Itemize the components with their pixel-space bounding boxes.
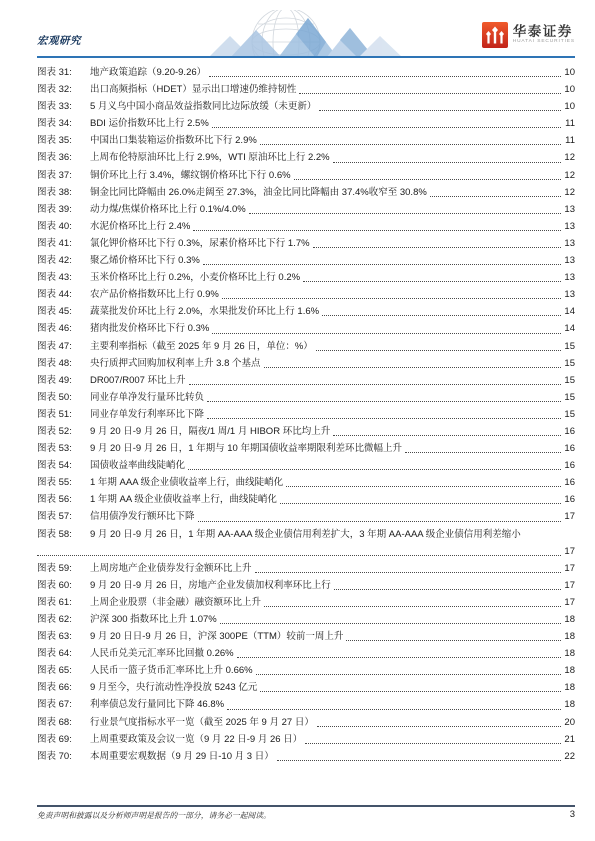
toc-entry[interactable]: 图表 32: 出口高频指标（HDET）显示出口增速仍维持韧性 10 bbox=[37, 81, 575, 98]
toc-entry-title: 上周布伦特原油环比上行 2.9%，WTI 原油环比上行 2.2% bbox=[90, 149, 333, 166]
toc-entry[interactable]: 图表 40: 水泥价格环比上行 2.4% 13 bbox=[37, 218, 575, 235]
toc-entry[interactable]: 图表 45: 蔬菜批发价环比上行 2.0%，水果批发价环比上行 1.6% 14 bbox=[37, 303, 575, 320]
toc-entry-label: 图表 52: bbox=[37, 423, 90, 440]
toc-entry[interactable]: 图表 62: 沪深 300 指数环比上升 1.07% 18 bbox=[37, 611, 575, 628]
toc-entry-label: 图表 42: bbox=[37, 252, 90, 269]
toc-entry-label: 图表 67: bbox=[37, 696, 90, 713]
toc-entry[interactable]: 图表 53: 9 月 20 日-9 月 26 日，1 年期与 10 年期国债收益… bbox=[37, 440, 575, 457]
toc-entry-page-number: 13 bbox=[563, 235, 575, 252]
toc-entry-label: 图表 38: bbox=[37, 184, 90, 201]
toc-entry-page-number: 18 bbox=[563, 645, 575, 662]
brand-subtitle: HUATAI SECURITIES bbox=[513, 40, 575, 45]
toc-entry-title: 上周房地产企业债券发行金额环比上升 bbox=[90, 560, 255, 577]
toc-entry-page-number: 17 bbox=[563, 543, 575, 560]
header-divider bbox=[37, 56, 575, 58]
toc-leader-dots bbox=[189, 384, 561, 385]
toc-entry[interactable]: 图表 55: 1 年期 AAA 级企业债收益率上行，曲线陡峭化 16 bbox=[37, 474, 575, 491]
toc-leader-dots bbox=[264, 367, 562, 368]
toc-entry-page-number: 18 bbox=[563, 679, 575, 696]
toc-entry-page-number: 18 bbox=[563, 628, 575, 645]
toc-entry[interactable]: 图表 50: 同业存单净发行量环比转负 15 bbox=[37, 389, 575, 406]
toc-entry-label: 图表 66: bbox=[37, 679, 90, 696]
toc-entry-title: 本周重要宏观数据（9 月 29 日-10 月 3 日） bbox=[90, 748, 277, 765]
toc-entry-title: 同业存单净发行量环比转负 bbox=[90, 389, 207, 406]
toc-leader-dots bbox=[207, 418, 561, 419]
toc-entry[interactable]: 图表 42: 聚乙烯价格环比下行 0.3% 13 bbox=[37, 252, 575, 269]
toc-entry[interactable]: 图表 57: 信用债净发行额环比下降 17 bbox=[37, 508, 575, 525]
toc-entry[interactable]: 图表 34: BDI 运价指数环比上行 2.5% 11 bbox=[37, 115, 575, 132]
toc-entry-page-number: 13 bbox=[563, 252, 575, 269]
toc-entry-title: 中国出口集装箱运价指数环比下行 2.9% bbox=[90, 132, 260, 149]
toc-entry-title: BDI 运价指数环比上行 2.5% bbox=[90, 115, 212, 132]
toc-entry[interactable]: 图表 49: DR007/R007 环比上升 15 bbox=[37, 372, 575, 389]
toc-entry[interactable]: 图表 41: 氯化钾价格环比下行 0.3%，尿素价格环比下行 1.7% 13 bbox=[37, 235, 575, 252]
toc-entry-label: 图表 33: bbox=[37, 98, 90, 115]
toc-entry-page-number: 15 bbox=[563, 389, 575, 406]
toc-entry-title: 人民币一篮子货币汇率环比上升 0.66% bbox=[90, 662, 256, 679]
toc-entry-page-number: 12 bbox=[563, 184, 575, 201]
toc-entry[interactable]: 图表 56: 1 年期 AA 级企业债收益率上行，曲线陡峭化 16 bbox=[37, 491, 575, 508]
toc-entry[interactable]: 图表 44: 农产品价格指数环比上行 0.9% 13 bbox=[37, 286, 575, 303]
toc-entry-title: 1 年期 AAA 级企业债收益率上行，曲线陡峭化 bbox=[90, 474, 286, 491]
toc-entry-label: 图表 51: bbox=[37, 406, 90, 423]
toc-entry-label: 图表 41: bbox=[37, 235, 90, 252]
toc-leader-dots bbox=[303, 281, 561, 282]
toc-entry[interactable]: 图表 66: 9 月至今，央行流动性净投放 5243 亿元 18 bbox=[37, 679, 575, 696]
toc-entry-page-number: 15 bbox=[563, 372, 575, 389]
toc-entry-label: 图表 35: bbox=[37, 132, 90, 149]
toc-entry-title: 9 月 20 日-9 月 26 日，1 年期与 10 年期国债收益率期限利差环比… bbox=[90, 440, 405, 457]
toc-entry-label: 图表 53: bbox=[37, 440, 90, 457]
toc-entry[interactable]: 图表 31: 地产政策追踪（9.20-9.26） 10 bbox=[37, 64, 575, 81]
toc-entry-label: 图表 63: bbox=[37, 628, 90, 645]
toc-entry-label: 图表 37: bbox=[37, 167, 90, 184]
toc-entry-label: 图表 62: bbox=[37, 611, 90, 628]
toc-entry-label: 图表 61: bbox=[37, 594, 90, 611]
toc-entry-title: 9 月 20 日-9 月 26 日，1 年期 AA-AAA 级企业债信用利差扩大… bbox=[90, 526, 575, 543]
toc-leader-dots bbox=[260, 691, 561, 692]
toc-entry-label: 图表 49: bbox=[37, 372, 90, 389]
report-page: 宏观研究 华泰 bbox=[0, 0, 595, 841]
toc-entry-page-number: 17 bbox=[563, 508, 575, 525]
toc-entry[interactable]: 图表 60: 9 月 20 日-9 月 26 日，房地产企业发债加权利率环比上行… bbox=[37, 577, 575, 594]
toc-leader-dots bbox=[203, 264, 561, 265]
toc-entry-label: 图表 31: bbox=[37, 64, 90, 81]
toc-leader-dots bbox=[198, 521, 561, 522]
toc-entry[interactable]: 图表 48: 央行质押式回购加权利率上升 3.8 个基点 15 bbox=[37, 355, 575, 372]
toc-list: 图表 31: 地产政策追踪（9.20-9.26） 10 图表 32: 出口高频指… bbox=[37, 64, 575, 765]
toc-entry-title: 铜价环比上行 3.4%，螺纹钢价格环比下行 0.6% bbox=[90, 167, 294, 184]
toc-entry-page-number: 16 bbox=[563, 491, 575, 508]
toc-entry-page-number: 14 bbox=[563, 320, 575, 337]
toc-entry[interactable]: 图表 51: 同业存单发行利率环比下降 15 bbox=[37, 406, 575, 423]
toc-entry[interactable]: 图表 38: 铜金比同比降幅由 26.0%走阔至 27.3%，油金比同比降幅由 … bbox=[37, 184, 575, 201]
toc-entry-page-number: 13 bbox=[563, 286, 575, 303]
toc-entry[interactable]: 图表 37: 铜价环比上行 3.4%，螺纹钢价格环比下行 0.6% 12 bbox=[37, 167, 575, 184]
toc-entry-label: 图表 58: bbox=[37, 526, 90, 543]
toc-entry-page-number: 17 bbox=[563, 594, 575, 611]
toc-entry-label: 图表 32: bbox=[37, 81, 90, 98]
toc-entry-page-number: 14 bbox=[563, 303, 575, 320]
toc-entry-label: 图表 60: bbox=[37, 577, 90, 594]
toc-leader-dots bbox=[255, 572, 561, 573]
toc-leader-dots bbox=[317, 726, 561, 727]
toc-leader-dots bbox=[405, 452, 561, 453]
toc-entry-title: 主要利率指标（截至 2025 年 9 月 26 日，单位：%） bbox=[90, 338, 316, 355]
toc-entry[interactable]: 图表 46: 猪肉批发价格环比下行 0.3% 14 bbox=[37, 320, 575, 337]
toc-entry-title: 农产品价格指数环比上行 0.9% bbox=[90, 286, 222, 303]
toc-entry-page-number: 17 bbox=[563, 560, 575, 577]
toc-leader-dots bbox=[305, 743, 561, 744]
toc-entry-label: 图表 45: bbox=[37, 303, 90, 320]
toc-entry-title: 上周重要政策及会议一览（9 月 22 日-9 月 26 日） bbox=[90, 731, 305, 748]
toc-entry-title: 地产政策追踪（9.20-9.26） bbox=[90, 64, 209, 81]
toc-leader-dots bbox=[322, 315, 561, 316]
toc-entry-label: 图表 43: bbox=[37, 269, 90, 286]
toc-entry-title: 9 月 20 日-9 月 26 日，房地产企业发债加权利率环比上行 bbox=[90, 577, 334, 594]
toc-entry-page-number: 15 bbox=[563, 406, 575, 423]
toc-entry-label: 图表 56: bbox=[37, 491, 90, 508]
toc-entry-title: 水泥价格环比上行 2.4% bbox=[90, 218, 193, 235]
toc-entry[interactable]: 图表 67: 利率债总发行量同比下降 46.8% 18 bbox=[37, 696, 575, 713]
toc-entry-page-number: 10 bbox=[563, 98, 575, 115]
toc-entry-label: 图表 44: bbox=[37, 286, 90, 303]
toc-entry-title: 氯化钾价格环比下行 0.3%，尿素价格环比下行 1.7% bbox=[90, 235, 313, 252]
toc-entry-title: 1 年期 AA 级企业债收益率上行，曲线陡峭化 bbox=[90, 491, 280, 508]
toc-entry[interactable]: 图表 33: 5 月义乌中国小商品效益指数同比边际放缓（未更新） 10 bbox=[37, 98, 575, 115]
toc-entry[interactable]: 图表 47: 主要利率指标（截至 2025 年 9 月 26 日，单位：%） 1… bbox=[37, 338, 575, 355]
toc-entry-title: 出口高频指标（HDET）显示出口增速仍维持韧性 bbox=[90, 81, 299, 98]
toc-entry-label: 图表 48: bbox=[37, 355, 90, 372]
toc-entry-title: 玉米价格环比上行 0.2%，小麦价格环比上行 0.2% bbox=[90, 269, 303, 286]
toc-leader-dots bbox=[222, 298, 561, 299]
toc-entry[interactable]: 图表 43: 玉米价格环比上行 0.2%，小麦价格环比上行 0.2% 13 bbox=[37, 269, 575, 286]
toc-entry-label: 图表 57: bbox=[37, 508, 90, 525]
toc-entry-label: 图表 40: bbox=[37, 218, 90, 235]
brand-name: 华泰证券 bbox=[513, 25, 575, 39]
toc-leader-dots bbox=[430, 196, 561, 197]
toc-entry-label: 图表 68: bbox=[37, 714, 90, 731]
toc-entry-label: 图表 65: bbox=[37, 662, 90, 679]
toc-entry-label: 图表 70: bbox=[37, 748, 90, 765]
toc-entry-title: 国债收益率曲线陡峭化 bbox=[90, 457, 188, 474]
toc-leader-dots bbox=[207, 401, 561, 402]
toc-leader-dots bbox=[316, 350, 561, 351]
toc-leader-dots bbox=[286, 486, 561, 487]
toc-leader-dots bbox=[280, 503, 561, 504]
toc-entry-page-number: 22 bbox=[563, 748, 575, 765]
toc-entry[interactable]: 图表 61: 上周企业股票（非金融）融资额环比上升 17 bbox=[37, 594, 575, 611]
toc-leader-dots bbox=[212, 127, 561, 128]
toc-entry-label: 图表 46: bbox=[37, 320, 90, 337]
toc-entry-title: 铜金比同比降幅由 26.0%走阔至 27.3%，油金比同比降幅由 37.4%收窄… bbox=[90, 184, 430, 201]
toc-entry-label: 图表 55: bbox=[37, 474, 90, 491]
toc-entry-page-number: 11 bbox=[563, 132, 575, 149]
toc-entry-title: 聚乙烯价格环比下行 0.3% bbox=[90, 252, 203, 269]
toc-entry-label: 图表 34: bbox=[37, 115, 90, 132]
toc-leader-dots bbox=[37, 555, 561, 556]
toc-entry-label: 图表 50: bbox=[37, 389, 90, 406]
toc-entry-page-number: 12 bbox=[563, 167, 575, 184]
toc-entry[interactable]: 图表 35: 中国出口集装箱运价指数环比下行 2.9% 11 bbox=[37, 132, 575, 149]
toc-entry-label: 图表 36: bbox=[37, 149, 90, 166]
toc-leader-dots bbox=[209, 76, 561, 77]
footer-disclaimer: 免责声明和披露以及分析师声明是报告的一部分，请务必一起阅读。 bbox=[37, 810, 271, 821]
toc-entry-label: 图表 64: bbox=[37, 645, 90, 662]
toc-entry-page-number: 15 bbox=[563, 355, 575, 372]
toc-entry-title: 9 月 20 日日-9 月 26 日，沪深 300PE（TTM）较前一周上升 bbox=[90, 628, 346, 645]
toc-leader-dots bbox=[333, 435, 561, 436]
toc-entry-page-number: 16 bbox=[563, 440, 575, 457]
toc-entry-title: 央行质押式回购加权利率上升 3.8 个基点 bbox=[90, 355, 264, 372]
toc-entry-title: 上周企业股票（非金融）融资额环比上升 bbox=[90, 594, 264, 611]
toc-entry-page-number: 17 bbox=[563, 577, 575, 594]
huatai-logo: 华泰证券 HUATAI SECURITIES bbox=[482, 22, 575, 48]
toc-entry[interactable]: 图表 63: 9 月 20 日日-9 月 26 日，沪深 300PE（TTM）较… bbox=[37, 628, 575, 645]
toc-entry-label: 图表 54: bbox=[37, 457, 90, 474]
toc-leader-dots bbox=[299, 93, 561, 94]
toc-entry-page-number: 18 bbox=[563, 662, 575, 679]
toc-entry-page-number: 18 bbox=[563, 611, 575, 628]
toc-leader-dots bbox=[346, 640, 561, 641]
toc-entry-title: 沪深 300 指数环比上升 1.07% bbox=[90, 611, 220, 628]
toc-entry-title: 行业景气度指标水平一览（截至 2025 年 9 月 27 日） bbox=[90, 714, 317, 731]
toc-entry-title: 同业存单发行利率环比下降 bbox=[90, 406, 207, 423]
toc-entry[interactable]: 图表 36: 上周布伦特原油环比上行 2.9%，WTI 原油环比上行 2.2% … bbox=[37, 149, 575, 166]
toc-leader-dots bbox=[333, 162, 561, 163]
toc-leader-dots bbox=[237, 657, 561, 658]
toc-entry-page-number: 13 bbox=[563, 269, 575, 286]
globe-watermark-icon bbox=[208, 10, 403, 58]
toc-leader-dots bbox=[334, 589, 561, 590]
toc-entry[interactable]: 图表 39: 动力煤/焦煤价格环比上行 0.1%/4.0% 13 bbox=[37, 201, 575, 218]
footer-divider bbox=[37, 805, 575, 807]
toc-leader-dots bbox=[294, 179, 561, 180]
toc-entry-label: 图表 59: bbox=[37, 560, 90, 577]
toc-entry[interactable]: 图表 54: 国债收益率曲线陡峭化 16 bbox=[37, 457, 575, 474]
toc-leader-dots bbox=[193, 230, 561, 231]
toc-entry-title: DR007/R007 环比上升 bbox=[90, 372, 189, 389]
toc-entry[interactable]: 图表 70: 本周重要宏观数据（9 月 29 日-10 月 3 日） 22 bbox=[37, 748, 575, 765]
toc-entry-page-number: 11 bbox=[563, 115, 575, 132]
footer-page-number: 3 bbox=[570, 809, 575, 820]
toc-entry-page-number: 16 bbox=[563, 423, 575, 440]
toc-entry-page-number: 16 bbox=[563, 457, 575, 474]
toc-entry[interactable]: 图表 68: 行业景气度指标水平一览（截至 2025 年 9 月 27 日） 2… bbox=[37, 714, 575, 731]
toc-leader-dots bbox=[227, 709, 561, 710]
toc-leader-dots bbox=[319, 110, 561, 111]
toc-leader-dots bbox=[313, 247, 561, 248]
toc-entry-title: 猪肉批发价格环比下行 0.3% bbox=[90, 320, 212, 337]
toc-leader-dots bbox=[212, 333, 561, 334]
toc-entry-label: 图表 39: bbox=[37, 201, 90, 218]
page-header: 宏观研究 华泰 bbox=[0, 0, 595, 58]
toc-entry[interactable]: 图表 52: 9 月 20 日-9 月 26 日，隔夜/1 周/1 月 HIBO… bbox=[37, 423, 575, 440]
toc-leader-dots bbox=[188, 469, 561, 470]
toc-entry-page-number: 16 bbox=[563, 474, 575, 491]
toc-entry-title: 利率债总发行量同比下降 46.8% bbox=[90, 696, 227, 713]
toc-entry-title: 9 月至今，央行流动性净投放 5243 亿元 bbox=[90, 679, 260, 696]
toc-entry-title: 5 月义乌中国小商品效益指数同比边际放缓（未更新） bbox=[90, 98, 319, 115]
toc-entry-title: 蔬菜批发价环比上行 2.0%，水果批发价环比上行 1.6% bbox=[90, 303, 322, 320]
toc-entry-page-number: 10 bbox=[563, 81, 575, 98]
toc-entry[interactable]: 图表 59: 上周房地产企业债券发行金额环比上升 17 bbox=[37, 560, 575, 577]
toc-entry-page-number: 10 bbox=[563, 64, 575, 81]
toc-entry[interactable]: 图表 64: 人民币兑美元汇率环比回撤 0.26% 18 bbox=[37, 645, 575, 662]
toc-leader-dots bbox=[249, 213, 561, 214]
toc-entry-title: 人民币兑美元汇率环比回撤 0.26% bbox=[90, 645, 237, 662]
toc-entry-title: 信用债净发行额环比下降 bbox=[90, 508, 198, 525]
toc-entry-page-number: 13 bbox=[563, 218, 575, 235]
toc-entry-page-number: 21 bbox=[563, 731, 575, 748]
toc-entry-page-number: 20 bbox=[563, 714, 575, 731]
toc-entry-page-number: 13 bbox=[563, 201, 575, 218]
toc-entry[interactable]: 图表 58: 9 月 20 日-9 月 26 日，1 年期 AA-AAA 级企业… bbox=[37, 526, 575, 560]
toc-leader-dots bbox=[277, 760, 561, 761]
report-category-label: 宏观研究 bbox=[37, 33, 81, 48]
huatai-logo-icon bbox=[482, 22, 508, 48]
toc-entry-page-number: 12 bbox=[563, 149, 575, 166]
toc-entry[interactable]: 图表 65: 人民币一篮子货币汇率环比上升 0.66% 18 bbox=[37, 662, 575, 679]
toc-leader-dots bbox=[256, 674, 561, 675]
toc-entry-page-number: 15 bbox=[563, 338, 575, 355]
toc-entry-label: 图表 47: bbox=[37, 338, 90, 355]
toc-entry-title: 动力煤/焦煤价格环比上行 0.1%/4.0% bbox=[90, 201, 249, 218]
toc-leader-dots bbox=[260, 144, 561, 145]
toc-entry-title: 9 月 20 日-9 月 26 日，隔夜/1 周/1 月 HIBOR 环比均上升 bbox=[90, 423, 333, 440]
toc-entry[interactable]: 图表 69: 上周重要政策及会议一览（9 月 22 日-9 月 26 日） 21 bbox=[37, 731, 575, 748]
toc-entry-label: 图表 69: bbox=[37, 731, 90, 748]
toc-leader-dots bbox=[220, 623, 561, 624]
toc-leader-dots bbox=[264, 606, 561, 607]
toc-entry-page-number: 18 bbox=[563, 696, 575, 713]
